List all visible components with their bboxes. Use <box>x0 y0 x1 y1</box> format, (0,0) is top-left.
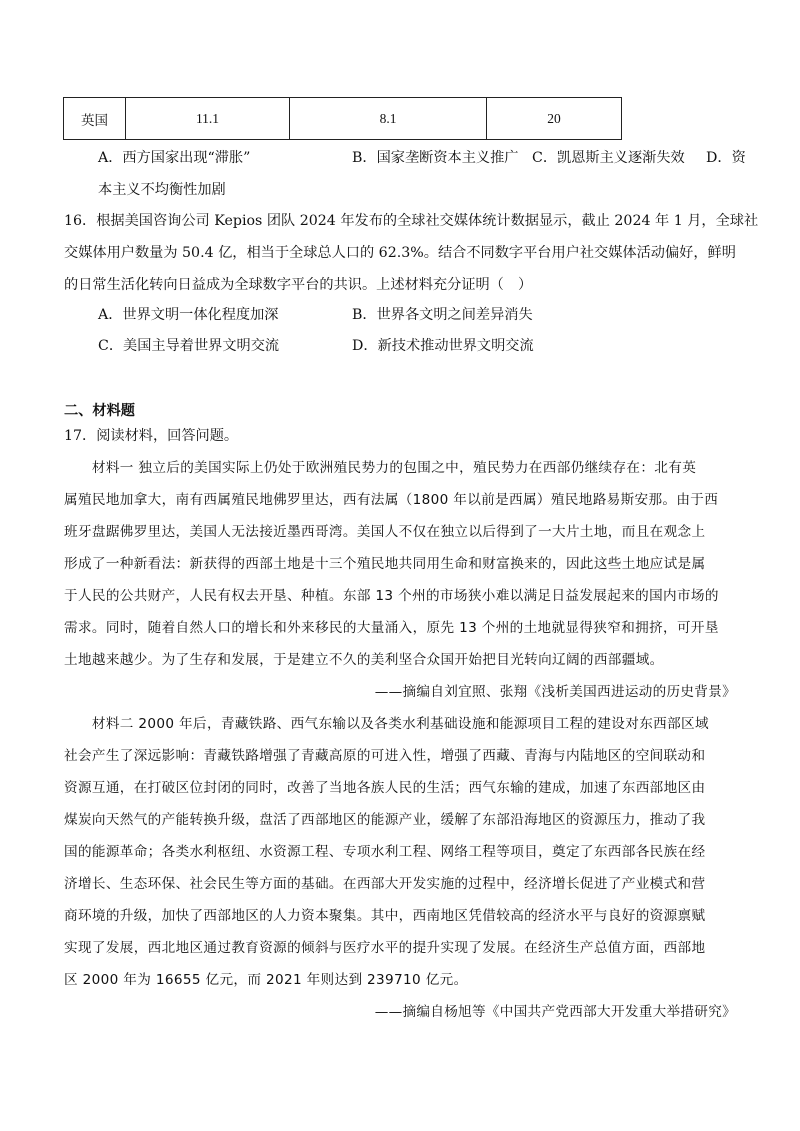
q15-option-b[interactable]: B．国家垄断资本主义推广 <box>352 148 519 168</box>
material2-line-8: 实现了发展，西北地区通过教育资源的倾斜与医疗水平的提升实现了发展。在经济生产总值… <box>64 938 736 958</box>
material1-source: ——摘编自刘宜照、张翔《浅析美国西进运动的历史背景》 <box>375 682 736 702</box>
section-heading: 二、材料题 <box>64 401 736 421</box>
table-cell: 8.1 <box>290 98 487 140</box>
material2-line-9: 区 2000 年为 16655 亿元，而 2021 年则达到 239710 亿元… <box>64 970 736 990</box>
q16-option-b[interactable]: B．世界各文明之间差异消失 <box>352 305 533 325</box>
material1-line-1: 材料一 独立后的美国实际上仍处于欧洲殖民势力的包围之中，殖民势力在西部仍继续存在… <box>64 458 736 478</box>
material1-line-5: 于人民的公共财产，人民有权去开垦、种植。东部 13 个州的市场狭小难以满足日益发… <box>64 586 736 606</box>
q15-option-d-continued: 本主义不均衡性加剧 <box>98 180 226 200</box>
material1-line-2: 属殖民地加拿大，南有西属殖民地佛罗里达，西有法属（1800 年以前是西属）殖民地… <box>64 490 736 510</box>
material1-line-7: 土地越来越少。为了生存和发展，于是建立不久的美利坚合众国开始把目光转向辽阔的西部… <box>64 650 736 670</box>
material2-line-2: 社会产生了深远影响：青藏铁路增强了青藏高原的可进入性，增强了西藏、青海与内陆地区… <box>64 746 736 766</box>
material2-line-5: 国的能源革命；各类水利枢纽、水资源工程、专项水利工程、网络工程等项目，奠定了东西… <box>64 842 736 862</box>
table-cell: 20 <box>487 98 622 140</box>
q16-option-d[interactable]: D．新技术推动世界文明交流 <box>352 336 534 356</box>
q15-option-d[interactable]: D．资 <box>706 148 746 168</box>
material2-line-4: 煤炭向天然气的产能转换升级，盘活了西部地区的能源产业，缓解了东部沿海地区的资源压… <box>64 810 736 830</box>
material2-line-7: 商环境的升级，加快了西部地区的人力资本聚集。其中，西南地区凭借较高的经济水平与良… <box>64 906 736 926</box>
material2-line-6: 济增长、生态环保、社会民生等方面的基础。在西部大开发实施的过程中，经济增长促进了… <box>64 874 736 894</box>
table-row: 英国 11.1 8.1 20 <box>64 98 622 140</box>
material2-line-3: 资源互通，在打破区位封闭的同时，改善了当地各族人民的生活；西气东输的建成，加速了… <box>64 778 736 798</box>
q15-option-c[interactable]: C．凯恩斯主义逐渐失效 <box>532 148 685 168</box>
material1-line-4: 形成了一种新看法：新获得的西部土地是十三个殖民地共同用生命和财富换来的，因此这些… <box>64 554 736 574</box>
q16-stem-line-1: 16．根据美国咨询公司 Kepios 团队 2024 年发布的全球社交媒体统计数… <box>64 211 736 231</box>
table-cell-country: 英国 <box>64 98 126 140</box>
q15-data-table: 英国 11.1 8.1 20 <box>63 97 622 140</box>
q15-option-a[interactable]: A．西方国家出现“滞胀” <box>98 148 250 168</box>
q16-stem-line-3: 的日常生活化转向日益成为全球数字平台的共识。上述材料充分证明（ ） <box>64 275 736 295</box>
material1-line-3: 班牙盘踞佛罗里达，美国人无法接近墨西哥湾。美国人不仅在独立以后得到了一大片土地，… <box>64 522 736 542</box>
q16-option-a[interactable]: A．世界文明一体化程度加深 <box>98 305 279 325</box>
table-cell: 11.1 <box>126 98 290 140</box>
material1-line-6: 需求。同时，随着自然人口的增长和外来移民的大量涌入，原先 13 个州的土地就显得… <box>64 618 736 638</box>
q17-stem: 17．阅读材料，回答问题。 <box>64 426 736 446</box>
material2-line-1: 材料二 2000 年后，青藏铁路、西气东输以及各类水利基础设施和能源项目工程的建… <box>64 714 736 734</box>
material2-source: ——摘编自杨旭等《中国共产党西部大开发重大举措研究》 <box>375 1002 736 1022</box>
q16-stem-line-2: 交媒体用户数量为 50.4 亿，相当于全球总人口的 62.3%。结合不同数字平台… <box>64 243 736 263</box>
q16-option-c[interactable]: C．美国主导着世界文明交流 <box>98 336 279 356</box>
